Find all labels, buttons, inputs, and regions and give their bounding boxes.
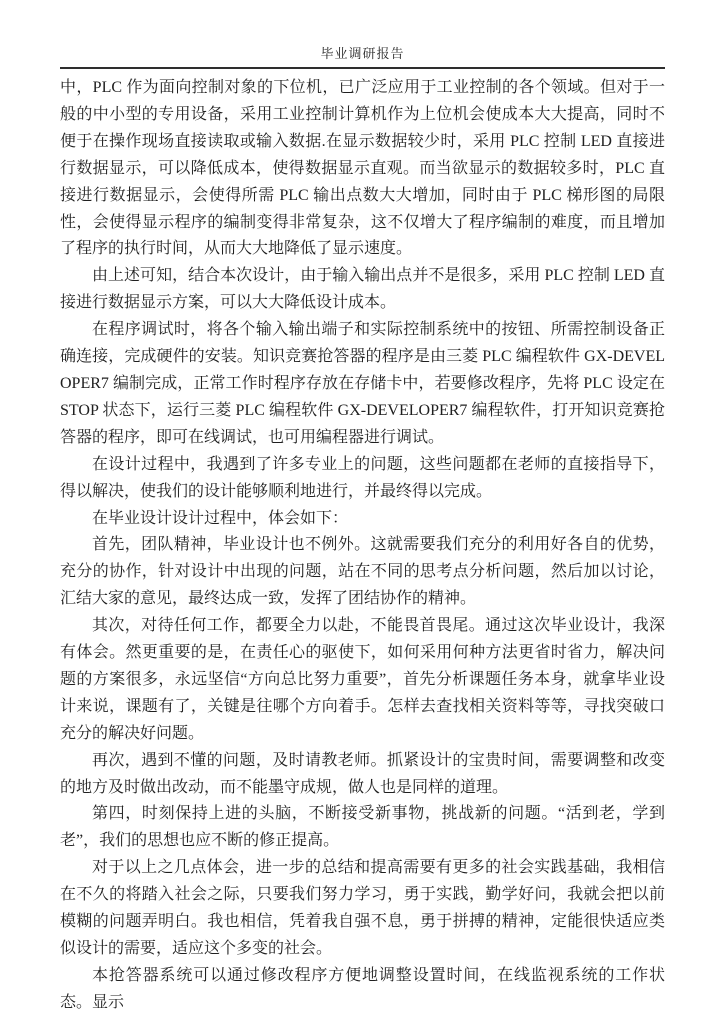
paragraph: 中，PLC 作为面向控制对象的下位机，已广泛应用于工业控制的各个领域。但对于一般… (60, 75, 665, 263)
document-body: 中，PLC 作为面向控制对象的下位机，已广泛应用于工业控制的各个领域。但对于一般… (60, 75, 665, 1017)
paragraph: 再次，遇到不懂的问题，及时请教老师。抓紧设计的宝贵时间，需要调整和改变的地方及时… (60, 748, 665, 802)
paragraph: 在设计过程中，我遇到了许多专业上的问题，这些问题都在老师的直接指导下，得以解决，… (60, 452, 665, 506)
header-title: 毕业调研报告 (60, 46, 665, 61)
paragraph: 由上述可知，结合本次设计，由于输入输出点并不是很多，采用 PLC 控制 LED … (60, 263, 665, 317)
paragraph: 首先，团队精神，毕业设计也不例外。这就需要我们充分的利用好各自的优势，充分的协作… (60, 532, 665, 613)
paragraph: 本抢答器系统可以通过修改程序方便地调整设置时间，在线监视系统的工作状态。显示 (60, 963, 665, 1017)
paragraph: 在毕业设计设计过程中，体会如下： (60, 506, 665, 533)
paragraph: 第四，时刻保持上进的头脑，不断接受新事物，挑战新的问题。“活到老，学到老”，我们… (60, 801, 665, 855)
paragraph: 在程序调试时，将各个输入输出端子和实际控制系统中的按钮、所需控制设备正确连接，完… (60, 317, 665, 452)
page-header: 毕业调研报告 (60, 46, 665, 69)
paragraph: 对于以上之几点体会，进一步的总结和提高需要有更多的社会实践基础，我相信在不久的将… (60, 855, 665, 963)
document-page: 毕业调研报告 中，PLC 作为面向控制对象的下位机，已广泛应用于工业控制的各个领… (0, 0, 724, 1024)
paragraph: 其次，对待任何工作，都要全力以赴，不能畏首畏尾。通过这次毕业设计，我深有体会。然… (60, 613, 665, 748)
